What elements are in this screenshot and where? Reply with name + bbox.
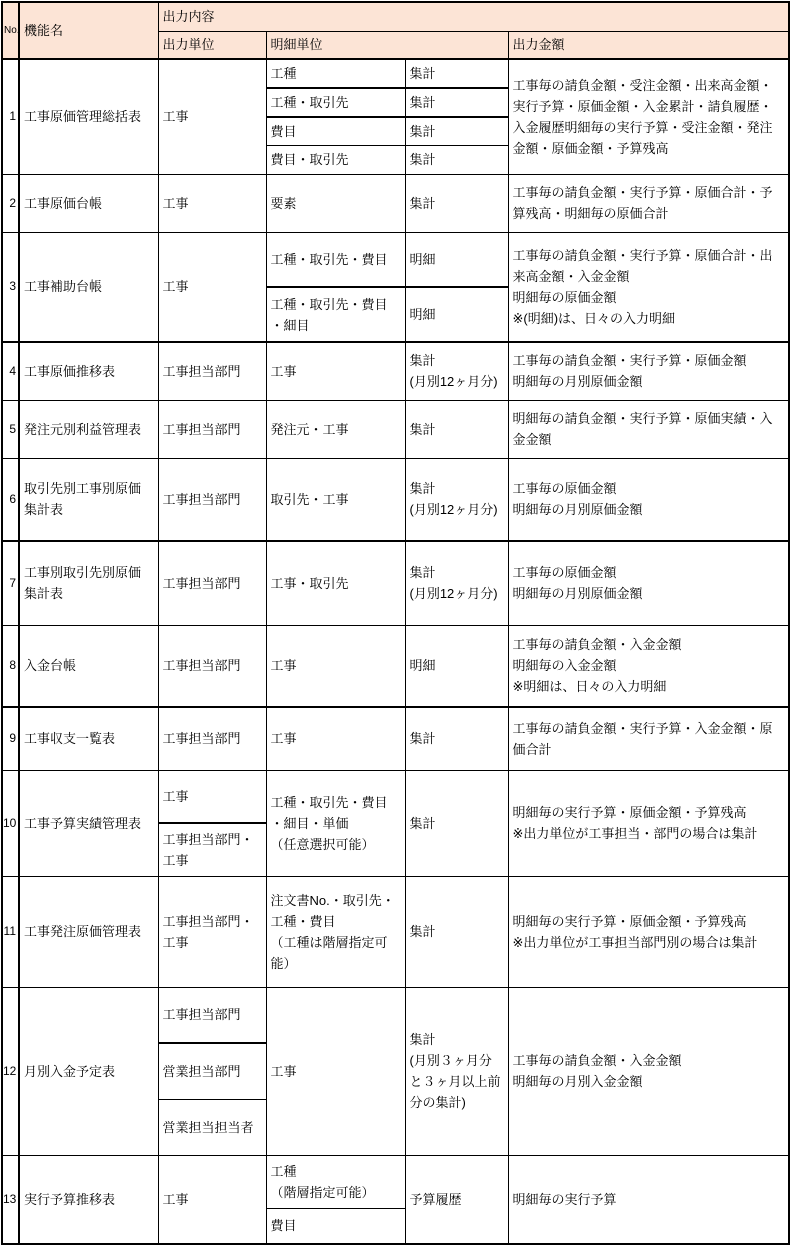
cell-detail-unit: 工種・取引先・費目 [266, 232, 405, 287]
cell-aggregation: 集計 [405, 174, 508, 232]
cell-aggregation: 集計 (月別12ヶ月分) [405, 342, 508, 400]
cell-output-unit: 工事 [158, 1155, 266, 1244]
cell-aggregation: 明細 [405, 287, 508, 342]
header-detail-unit: 明細単位 [266, 31, 508, 59]
cell-detail-unit: 工種・取引先 [266, 88, 405, 117]
cell-output-unit: 工事 [158, 59, 266, 174]
cell-output-unit: 工事担当部門・ 工事 [158, 823, 266, 876]
cell-no: 10 [2, 770, 19, 876]
header-no: No. [2, 2, 19, 59]
cell-no: 8 [2, 625, 19, 707]
cell-no: 9 [2, 707, 19, 770]
cell-detail-unit: 工事・取引先 [266, 541, 405, 625]
cell-detail-unit: 工事 [266, 342, 405, 400]
cell-no: 2 [2, 174, 19, 232]
header-output-amount: 出力金額 [508, 31, 789, 59]
cell-aggregation: 予算履歴 [405, 1155, 508, 1244]
cell-output-amount: 工事毎の原価金額 明細毎の月別原価金額 [508, 458, 789, 541]
cell-function-name: 工事補助台帳 [19, 232, 158, 342]
cell-output-amount: 工事毎の請負金額・受注金額・出来高金額・ 実行予算・原価金額・入金累計・請負履歴… [508, 59, 789, 174]
cell-function-name: 工事収支一覧表 [19, 707, 158, 770]
cell-aggregation: 集計 (月別３ヶ月分 と３ヶ月以上前 分の集計) [405, 987, 508, 1155]
cell-no: 13 [2, 1155, 19, 1244]
cell-aggregation: 集計 [405, 88, 508, 117]
cell-output-unit: 工事 [158, 232, 266, 342]
cell-output-amount: 工事毎の請負金額・実行予算・原価合計・出 来高金額・入金金額 明細毎の原価金額 … [508, 232, 789, 342]
cell-output-unit: 営業担当部門 [158, 1043, 266, 1099]
cell-function-name: 工事発注原価管理表 [19, 876, 158, 987]
cell-detail-unit: 工種 （階層指定可能） [266, 1155, 405, 1208]
report-table: No. 機能名 出力内容 出力単位 明細単位 出力金額 1 工事原価管理総括表 … [1, 1, 790, 1245]
cell-function-name: 工事原価台帳 [19, 174, 158, 232]
cell-output-amount: 工事毎の請負金額・実行予算・入金金額・原 価合計 [508, 707, 789, 770]
cell-output-unit: 工事担当部門 [158, 541, 266, 625]
cell-detail-unit: 費目 [266, 117, 405, 145]
cell-no: 1 [2, 59, 19, 174]
cell-detail-unit: 取引先・工事 [266, 458, 405, 541]
cell-detail-unit: 費目・取引先 [266, 145, 405, 174]
cell-detail-unit: 工種・取引先・費目 ・細目・単価 （任意選択可能） [266, 770, 405, 876]
cell-aggregation: 集計 [405, 770, 508, 876]
cell-function-name: 取引先別工事別原価 集計表 [19, 458, 158, 541]
cell-function-name: 入金台帳 [19, 625, 158, 707]
cell-output-amount: 工事毎の請負金額・実行予算・原価金額 明細毎の月別原価金額 [508, 342, 789, 400]
cell-aggregation: 明細 [405, 625, 508, 707]
cell-no: 6 [2, 458, 19, 541]
cell-output-unit: 工事担当部門 [158, 400, 266, 458]
cell-detail-unit: 工種・取引先・費目 ・細目 [266, 287, 405, 342]
cell-output-unit: 営業担当担当者 [158, 1099, 266, 1155]
cell-detail-unit: 工事 [266, 987, 405, 1155]
cell-output-amount: 明細毎の実行予算・原価金額・予算残高 ※出力単位が工事担当・部門の場合は集計 [508, 770, 789, 876]
cell-aggregation: 集計 [405, 400, 508, 458]
cell-aggregation: 集計 (月別12ヶ月分) [405, 458, 508, 541]
cell-detail-unit: 発注元・工事 [266, 400, 405, 458]
cell-aggregation: 集計 [405, 117, 508, 145]
cell-aggregation: 集計 (月別12ヶ月分) [405, 541, 508, 625]
cell-function-name: 工事原価管理総括表 [19, 59, 158, 174]
cell-output-amount: 工事毎の請負金額・入金金額 明細毎の入金金額 ※明細は、日々の入力明細 [508, 625, 789, 707]
cell-output-amount: 工事毎の請負金額・入金金額 明細毎の月別入金金額 [508, 987, 789, 1155]
cell-no: 3 [2, 232, 19, 342]
cell-output-unit: 工事担当部門 [158, 458, 266, 541]
cell-output-amount: 工事毎の請負金額・実行予算・原価合計・予 算残高・明細毎の原価合計 [508, 174, 789, 232]
cell-function-name: 発注元別利益管理表 [19, 400, 158, 458]
cell-no: 12 [2, 987, 19, 1155]
cell-output-amount: 工事毎の原価金額 明細毎の月別原価金額 [508, 541, 789, 625]
cell-aggregation: 集計 [405, 145, 508, 174]
cell-output-unit: 工事担当部門 [158, 625, 266, 707]
cell-function-name: 実行予算推移表 [19, 1155, 158, 1244]
cell-detail-unit: 注文書No.・取引先・ 工種・費目 （工種は階層指定可 能） [266, 876, 405, 987]
cell-output-unit: 工事担当部門 [158, 342, 266, 400]
cell-aggregation: 集計 [405, 876, 508, 987]
cell-output-unit: 工事 [158, 770, 266, 823]
cell-no: 5 [2, 400, 19, 458]
cell-detail-unit: 工種 [266, 59, 405, 88]
cell-no: 7 [2, 541, 19, 625]
cell-output-unit: 工事担当部門・ 工事 [158, 876, 266, 987]
cell-detail-unit: 費目 [266, 1208, 405, 1244]
cell-function-name: 工事別取引先別原価 集計表 [19, 541, 158, 625]
cell-output-amount: 明細毎の請負金額・実行予算・原価実績・入 金金額 [508, 400, 789, 458]
cell-aggregation: 集計 [405, 707, 508, 770]
cell-aggregation: 明細 [405, 232, 508, 287]
cell-no: 4 [2, 342, 19, 400]
header-output-content: 出力内容 [158, 2, 789, 31]
cell-output-unit: 工事担当部門 [158, 707, 266, 770]
cell-function-name: 工事原価推移表 [19, 342, 158, 400]
cell-no: 11 [2, 876, 19, 987]
header-function-name: 機能名 [19, 2, 158, 59]
header-output-unit: 出力単位 [158, 31, 266, 59]
cell-output-amount: 明細毎の実行予算・原価金額・予算残高 ※出力単位が工事担当部門別の場合は集計 [508, 876, 789, 987]
cell-function-name: 月別入金予定表 [19, 987, 158, 1155]
cell-output-amount: 明細毎の実行予算 [508, 1155, 789, 1244]
cell-detail-unit: 工事 [266, 625, 405, 707]
cell-detail-unit: 工事 [266, 707, 405, 770]
cell-detail-unit: 要素 [266, 174, 405, 232]
cell-output-unit: 工事担当部門 [158, 987, 266, 1043]
cell-output-unit: 工事 [158, 174, 266, 232]
cell-aggregation: 集計 [405, 59, 508, 88]
cell-function-name: 工事予算実績管理表 [19, 770, 158, 876]
